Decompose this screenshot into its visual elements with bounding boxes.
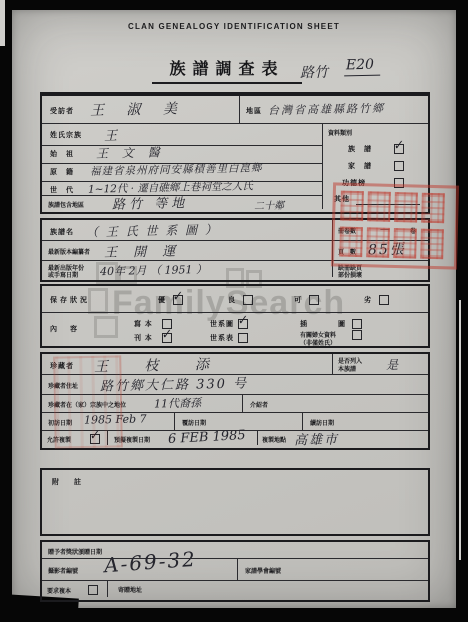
divider bbox=[302, 412, 303, 430]
checkbox-printed bbox=[162, 333, 172, 343]
title-value: （ 王 氏 世 系 圖 ） bbox=[86, 221, 219, 241]
divider bbox=[237, 558, 238, 580]
checkbox-illustration bbox=[352, 319, 362, 329]
checkbox-excellent bbox=[173, 295, 183, 305]
checkbox-pedigree-table bbox=[238, 333, 248, 343]
divider bbox=[322, 123, 323, 209]
interviewee-value: 王 淑 美 bbox=[90, 98, 186, 120]
notes-label: 附 註 bbox=[52, 477, 85, 487]
coverage-label: 族譜包含地區 bbox=[48, 200, 84, 209]
coverage-value: 路竹 等地 bbox=[112, 192, 189, 213]
option-good-label: 良 bbox=[228, 295, 236, 305]
revisit-label: 覆訪日期 bbox=[182, 418, 206, 427]
copy-place-label: 複製地點 bbox=[262, 435, 286, 444]
checkbox-women bbox=[352, 330, 362, 340]
checkbox-request-copy bbox=[88, 585, 98, 595]
option-illustration-label-b: 圖 bbox=[338, 319, 346, 329]
mailing-address-label: 寄贈地址 bbox=[118, 585, 142, 594]
request-copy-label: 要求複本 bbox=[47, 586, 71, 595]
handwritten-code-note: E20 bbox=[344, 57, 380, 77]
handwritten-locality-note: 路竹 bbox=[300, 62, 328, 83]
divider bbox=[107, 580, 108, 597]
coverage-extra-value: 二十鄰 bbox=[254, 197, 284, 213]
checkbox-poor bbox=[379, 295, 389, 305]
introducer-label: 介紹者 bbox=[250, 400, 268, 409]
region-label: 地區 bbox=[246, 106, 262, 116]
origin-value: 福建省泉州府同安縣積善里白崑鄉 bbox=[90, 160, 263, 179]
checkbox-jiapu bbox=[394, 161, 404, 171]
category-label: 資料類別 bbox=[328, 128, 352, 137]
option-fair-label: 可 bbox=[294, 295, 302, 305]
option-excellent-label: 優 bbox=[158, 295, 166, 305]
red-seal-stamp-faint bbox=[53, 355, 123, 448]
award-date-label: 贈予者獎狀頒贈日期 bbox=[48, 547, 102, 556]
scan-edge-artifact bbox=[459, 300, 461, 560]
seal-glyph bbox=[394, 192, 418, 223]
divider bbox=[42, 312, 428, 313]
option-manuscript-label: 寫 本 bbox=[134, 319, 153, 329]
divider bbox=[42, 123, 428, 124]
option-jiapu-label: 家 譜 bbox=[348, 161, 372, 171]
seal-glyph bbox=[340, 191, 364, 222]
divider bbox=[174, 412, 175, 430]
listed-value: 是 bbox=[386, 356, 398, 373]
photographer-number-value: A-69-32 bbox=[103, 547, 197, 577]
checkbox-zupu bbox=[394, 144, 404, 154]
compiler-label: 最新版本編纂者 bbox=[48, 247, 90, 256]
holder-position-value: 11代裔孫 bbox=[154, 395, 201, 412]
seal-glyph bbox=[420, 229, 444, 260]
followup-visit-label: 續訪日期 bbox=[310, 418, 334, 427]
form-chinese-title: 族譜調查表 bbox=[152, 56, 302, 84]
option-pedigree-table-label: 世系表 bbox=[210, 333, 234, 343]
checkbox-fair bbox=[309, 295, 319, 305]
photographer-number-label: 攝影者編號 bbox=[48, 566, 78, 575]
divider bbox=[242, 394, 243, 412]
divider bbox=[257, 430, 258, 445]
red-seal-stamp-large bbox=[331, 182, 459, 269]
section-notes: 附 註 bbox=[40, 468, 430, 536]
divider bbox=[42, 558, 428, 559]
surname-label: 姓氏宗族 bbox=[50, 130, 82, 140]
content-label: 內 容 bbox=[50, 324, 80, 334]
generations-label: 世 代 bbox=[50, 185, 74, 195]
option-zupu-label: 族 譜 bbox=[348, 144, 372, 154]
listed-label-line2: 本族譜 bbox=[338, 364, 356, 373]
compiler-value: 王 開 運 bbox=[104, 240, 182, 261]
seal-glyph bbox=[367, 191, 391, 222]
damage-label-line2: 部份損壞 bbox=[338, 270, 362, 279]
divider bbox=[239, 96, 240, 123]
section-administrative: 贈予者獎狀頒贈日期 攝影者編號 A-69-32 家譜學會編號 要求複本 寄贈地址 bbox=[40, 540, 430, 602]
pubdate-label-line2: 或手寫日期 bbox=[48, 270, 78, 279]
seal-glyph bbox=[339, 227, 363, 258]
title-label: 族譜名 bbox=[50, 227, 74, 237]
seal-glyph bbox=[421, 193, 445, 224]
region-value: 台灣省高雄縣路竹鄉 bbox=[268, 100, 385, 118]
checkbox-good bbox=[243, 295, 253, 305]
surname-value: 王 bbox=[104, 125, 117, 144]
holder-address-value: 路竹鄉大仁路 330 号 bbox=[100, 372, 248, 394]
society-number-label: 家譜學會編號 bbox=[245, 566, 281, 575]
interviewee-label: 受訪者 bbox=[50, 106, 74, 116]
divider bbox=[332, 354, 333, 374]
option-poor-label: 劣 bbox=[364, 295, 372, 305]
women-note-label: （非僅姓氏） bbox=[300, 338, 336, 347]
condition-label: 保存狀況 bbox=[50, 295, 90, 305]
planned-copy-date-value: 6 FEB 1985 bbox=[168, 428, 246, 447]
founder-value: 王 文 醫 bbox=[96, 143, 165, 161]
divider bbox=[42, 580, 428, 581]
option-illustration-label-a: 插 bbox=[300, 319, 308, 329]
option-printed-label: 刊 本 bbox=[134, 333, 153, 343]
option-pedigree-chart-label: 世系圖 bbox=[210, 319, 234, 329]
copy-place-value: 高雄市 bbox=[294, 429, 339, 449]
divider bbox=[42, 145, 322, 146]
seal-glyph bbox=[393, 228, 417, 259]
form-english-title: CLAN GENEALOGY IDENTIFICATION SHEET bbox=[0, 22, 468, 31]
founder-label: 始 祖 bbox=[50, 149, 74, 159]
section-condition-content: 保存狀況 優 良 可 劣 內 容 寫 本 刊 本 世系圖 世系表 插 圖 有關婦… bbox=[40, 284, 430, 348]
checkbox-pedigree-chart bbox=[238, 319, 248, 329]
origin-label: 原 籍 bbox=[50, 167, 74, 177]
pubdate-value: 40年 2月 （ 1951 ） bbox=[100, 261, 207, 279]
scanned-document: CLAN GENEALOGY IDENTIFICATION SHEET 族譜調查… bbox=[0, 0, 468, 622]
seal-glyph bbox=[366, 227, 390, 258]
